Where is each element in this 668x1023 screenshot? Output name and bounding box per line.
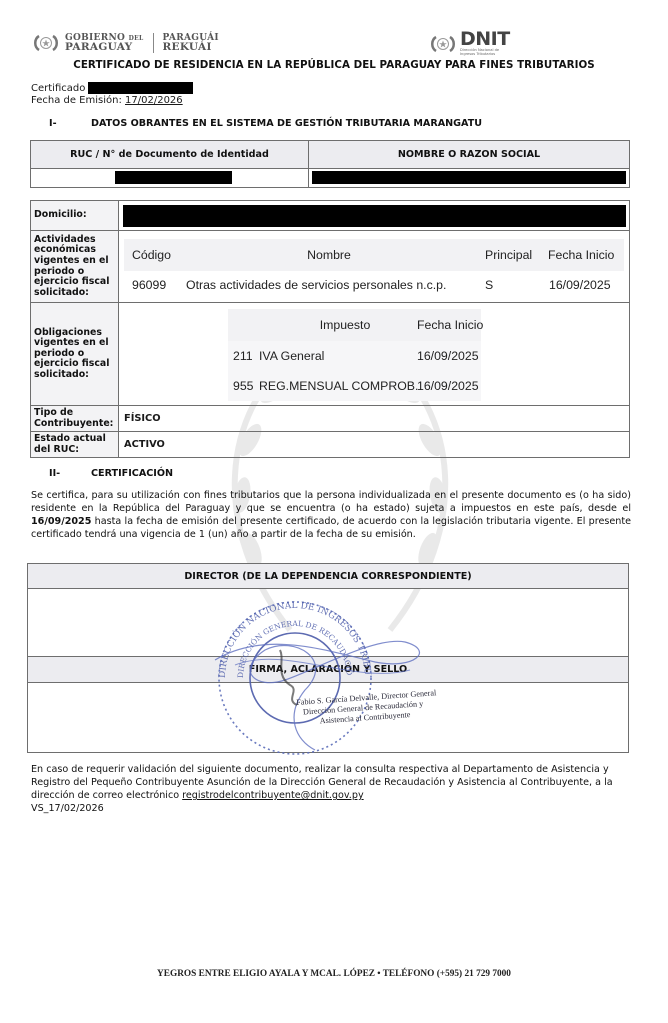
dnit-wordmark: DNIT (460, 31, 510, 48)
certification-paragraph: Se certifica, para su utilización con fi… (31, 489, 631, 541)
contact-email-link[interactable]: registrodelcontribuyente@dnit.gov.py (182, 790, 363, 801)
domicilio-value (119, 201, 629, 230)
obligacion-impuesto: REG.MENSUAL COMPROB. (259, 371, 418, 401)
gobierno-text: GOBIERNO DEL PARAGUAY (65, 34, 144, 52)
identity-table: RUC / N° de Documento de Identidad NOMBR… (30, 140, 630, 188)
certificado-line: Certificado (31, 82, 193, 94)
office-address: YEGROS ENTRE ELIGIO AYALA Y MCAL. LÓPEZ … (0, 969, 668, 979)
actividades-row: Actividades económicas vigentes en el pe… (31, 231, 629, 303)
estado-ruc-value: ACTIVO (119, 432, 629, 457)
domicilio-row: Domicilio: (31, 201, 629, 231)
obligaciones-label: Obligaciones vigentes en el periodo o ej… (31, 303, 119, 405)
actividades-header-principal: Principal (485, 239, 532, 271)
obligaciones-header-fecha: Fecha Inicio (417, 309, 483, 341)
obligaciones-header-impuesto: Impuesto (265, 309, 425, 341)
actividades-header-nombre: Nombre (179, 239, 479, 271)
fecha-emision-line: Fecha de Emisión: 17/02/2026 (31, 95, 183, 106)
nombre-header: NOMBRE O RAZON SOCIAL (309, 141, 629, 168)
nombre-cell (309, 169, 629, 187)
domicilio-label: Domicilio: (31, 201, 119, 230)
obligacion-fecha-inicio: 16/09/2025 (417, 341, 479, 371)
identity-table-header: RUC / N° de Documento de Identidad NOMBR… (31, 141, 629, 169)
document-code: VS_17/02/2026 (31, 802, 631, 815)
validation-note: En caso de requerir validación del sigui… (31, 763, 631, 815)
fecha-emision-label: Fecha de Emisión: (31, 95, 125, 106)
document-title: CERTIFICADO DE RESIDENCIA EN LA REPÚBLIC… (0, 59, 668, 71)
actividad-fecha-inicio: 16/09/2025 (549, 271, 611, 299)
ruc-header: RUC / N° de Documento de Identidad (31, 141, 309, 168)
gobierno-paraguay-logo: GOBIERNO DEL PARAGUAY PARAGUÁI REKUÁI (33, 33, 219, 53)
tipo-contribuyente-label: Tipo de Contribuyente: (31, 406, 119, 431)
redacted-nombre (312, 171, 626, 184)
obligacion-fecha-inicio: 16/09/2025 (417, 371, 479, 401)
fecha-emision-value: 17/02/2026 (125, 95, 183, 106)
logo-divider (153, 33, 154, 53)
actividades-header-codigo: Código (132, 239, 171, 271)
director-header: DIRECTOR (DE LA DEPENDENCIA CORRESPONDIE… (28, 564, 628, 588)
paraguay-seal-icon (33, 33, 59, 53)
redacted-domicilio (123, 205, 626, 227)
actividad-nombre: Otras actividades de servicios personale… (186, 271, 446, 299)
dnit-logo: DNIT Dirección Nacional de Ingresos Trib… (430, 31, 510, 56)
actividad-codigo: 96099 (132, 271, 166, 299)
obligaciones-table: Impuesto Fecha Inicio 211 IVA General 16… (119, 303, 629, 405)
section-2-heading: II-CERTIFICACIÓN (49, 468, 173, 479)
actividades-header-fecha: Fecha Inicio (548, 239, 614, 271)
tipo-contribuyente-row: Tipo de Contribuyente: FÍSICO (31, 406, 629, 432)
ruc-cell (31, 169, 309, 187)
identity-table-row (31, 169, 629, 187)
guarani-text: PARAGUÁI REKUÁI (163, 34, 219, 52)
dnit-seal-icon (430, 34, 456, 54)
estado-ruc-label: Estado actual del RUC: (31, 432, 119, 457)
obligacion-codigo: 211 (233, 341, 253, 371)
obligaciones-row: Obligaciones vigentes en el periodo o ej… (31, 303, 629, 406)
obligacion-codigo: 955 (233, 371, 254, 401)
certificado-label: Certificado (31, 83, 85, 94)
director-header-row: DIRECTOR (DE LA DEPENDENCIA CORRESPONDIE… (28, 564, 628, 589)
obligacion-impuesto: IVA General (259, 341, 324, 371)
section-1-heading: I-DATOS OBRANTES EN EL SISTEMA DE GESTIÓ… (49, 118, 482, 129)
estado-ruc-row: Estado actual del RUC: ACTIVO (31, 432, 629, 457)
actividades-label: Actividades económicas vigentes en el pe… (31, 231, 119, 302)
details-table: Domicilio: Actividades económicas vigent… (30, 200, 630, 458)
redacted-certificado-number (88, 82, 193, 94)
actividad-principal: S (485, 271, 493, 299)
redacted-ruc (115, 171, 232, 184)
actividades-table: Código Nombre Principal Fecha Inicio 960… (119, 231, 629, 302)
tipo-contribuyente-value: FÍSICO (119, 406, 629, 431)
residence-start-date: 16/09/2025 (31, 516, 91, 527)
official-stamp-icon: DIRECCIÓN NACIONAL DE INGRESOS TRIBUTARI… (205, 590, 455, 755)
